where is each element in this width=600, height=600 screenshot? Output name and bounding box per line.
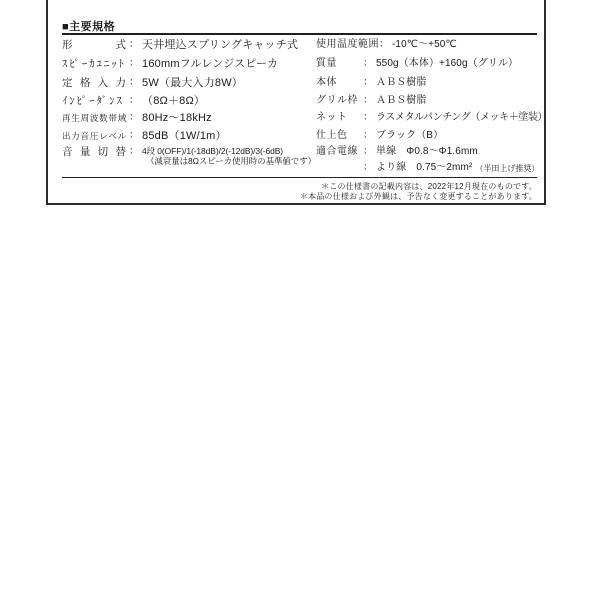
spec-label: 音量切替 [62, 146, 126, 158]
spec-row-output-spl: 出力音圧レベル ： 85dB（1W/1m） [62, 130, 227, 142]
spec-value: 160mmフルレンジスピーカ [142, 58, 278, 70]
table-bottom-rule [62, 177, 537, 178]
separator: ： [363, 77, 373, 89]
separator: ： [126, 112, 142, 124]
spec-value: ＡＢＳ樹脂 [376, 77, 427, 89]
spec-value: 天井埋込スプリングキャッチ式 [142, 39, 298, 51]
spec-content: ■主要規格 形式 ： 天井埋込スプリングキャッチ式 ｽﾋﾟｰｶﾕﾆｯﾄ ： 16… [62, 0, 537, 205]
spec-value-note: （半田上げ推奨） [475, 162, 539, 175]
separator: ： [363, 95, 373, 107]
volume-switch-steps: 4段 0(OFF)/1(-18dB)/2(-12dB)/3(-6dB) [142, 146, 283, 156]
separator: ： [363, 162, 373, 174]
spec-value: 4段 0(OFF)/1(-18dB)/2(-12dB)/3(-6dB) （減衰量… [142, 146, 316, 166]
spec-sheet-page: ■主要規格 形式 ： 天井埋込スプリングキャッチ式 ｽﾋﾟｰｶﾕﾆｯﾄ ： 16… [0, 0, 600, 600]
separator: ： [126, 58, 142, 70]
separator: ： [379, 39, 389, 51]
spec-value: 550g（本体）+160g（グリル） [376, 58, 518, 70]
spec-value: より線 0.75～2mm² [376, 162, 472, 174]
spec-label: 仕上色 [316, 130, 363, 142]
spec-row-compatible-wire-solid: 適合電線 ： 単線 Φ0.8～Φ1.6mm [316, 146, 478, 158]
spec-label: 質量 [316, 58, 363, 70]
spec-value: -10℃～+50℃ [392, 39, 457, 51]
spec-row-finish-color: 仕上色 ： ブラック（B） [316, 130, 443, 142]
separator: ： [126, 130, 142, 142]
spec-label: 使用温度範囲 [316, 39, 379, 51]
separator: ： [126, 39, 142, 51]
spec-row-temperature-range: 使用温度範囲 ： -10℃～+50℃ [316, 39, 457, 51]
separator: ： [126, 146, 142, 158]
header-rule [62, 33, 537, 35]
spec-label: ネット [316, 112, 363, 124]
spec-label: グリル枠 [316, 95, 363, 107]
spec-row-body-material: 本体 ： ＡＢＳ樹脂 [316, 77, 427, 89]
spec-row-speaker-unit: ｽﾋﾟｰｶﾕﾆｯﾄ ： 160mmフルレンジスピーカ [62, 58, 278, 70]
spec-value: ＡＢＳ樹脂 [376, 95, 427, 107]
separator: ： [363, 58, 373, 70]
spec-row-rated-input: 定格入力 ： 5W（最大入力8W） [62, 77, 243, 89]
separator: ： [126, 77, 142, 89]
spec-row-compatible-wire-stranded: ： より線 0.75～2mm² （半田上げ推奨） [316, 162, 539, 175]
spec-label: 再生周波数帯域 [62, 112, 126, 124]
spec-value: ラスメタルパンチング（メッキ＋塗装） [376, 112, 547, 124]
spec-row-impedance: ｲﾝﾋﾟｰﾀﾞﾝｽ ： （8Ω＋8Ω） [62, 95, 205, 107]
spec-label: 適合電線 [316, 146, 363, 158]
spec-row-grille-frame: グリル枠 ： ＡＢＳ樹脂 [316, 95, 427, 107]
separator: ： [363, 130, 373, 142]
separator: ： [126, 95, 142, 107]
spec-row-weight: 質量 ： 550g（本体）+160g（グリル） [316, 58, 518, 70]
spec-value: 85dB（1W/1m） [142, 130, 227, 142]
footnotes: ＊この仕様書の記載内容は、2022年12月現在のものです。 ＊本品の仕様および外… [62, 182, 537, 201]
separator: ： [363, 112, 373, 124]
spec-value: （8Ω＋8Ω） [142, 95, 205, 107]
spec-label: ｽﾋﾟｰｶﾕﾆｯﾄ [62, 58, 126, 70]
footnote-line: ＊この仕様書の記載内容は、2022年12月現在のものです。 [62, 182, 537, 192]
spec-row-frequency-range: 再生周波数帯域 ： 80Hz～18kHz [62, 112, 212, 124]
spec-value: 5W（最大入力8W） [142, 77, 243, 89]
spec-row-type: 形式 ： 天井埋込スプリングキャッチ式 [62, 39, 298, 51]
volume-switch-note: （減衰量は8Ωスピーカ使用時の基準値です） [142, 156, 316, 166]
spec-label: ｲﾝﾋﾟｰﾀﾞﾝｽ [62, 95, 126, 107]
spec-label: 形式 [62, 39, 126, 51]
spec-value: 単線 Φ0.8～Φ1.6mm [376, 146, 478, 158]
section-title: ■主要規格 [62, 18, 115, 34]
spec-row-net: ネット ： ラスメタルパンチング（メッキ＋塗装） [316, 112, 547, 124]
frame-left-border [46, 0, 48, 205]
spec-value: 80Hz～18kHz [142, 112, 212, 124]
spec-row-volume-switch: 音量切替 ： 4段 0(OFF)/1(-18dB)/2(-12dB)/3(-6d… [62, 146, 316, 166]
spec-label: 出力音圧レベル [62, 130, 126, 142]
spec-value: ブラック（B） [376, 130, 443, 142]
spec-label: 定格入力 [62, 77, 126, 89]
footnote-line: ＊本品の仕様および外観は、予告なく変更することがあります。 [62, 192, 537, 202]
spec-label: 本体 [316, 77, 363, 89]
frame-right-border [544, 0, 546, 205]
separator: ： [363, 146, 373, 158]
